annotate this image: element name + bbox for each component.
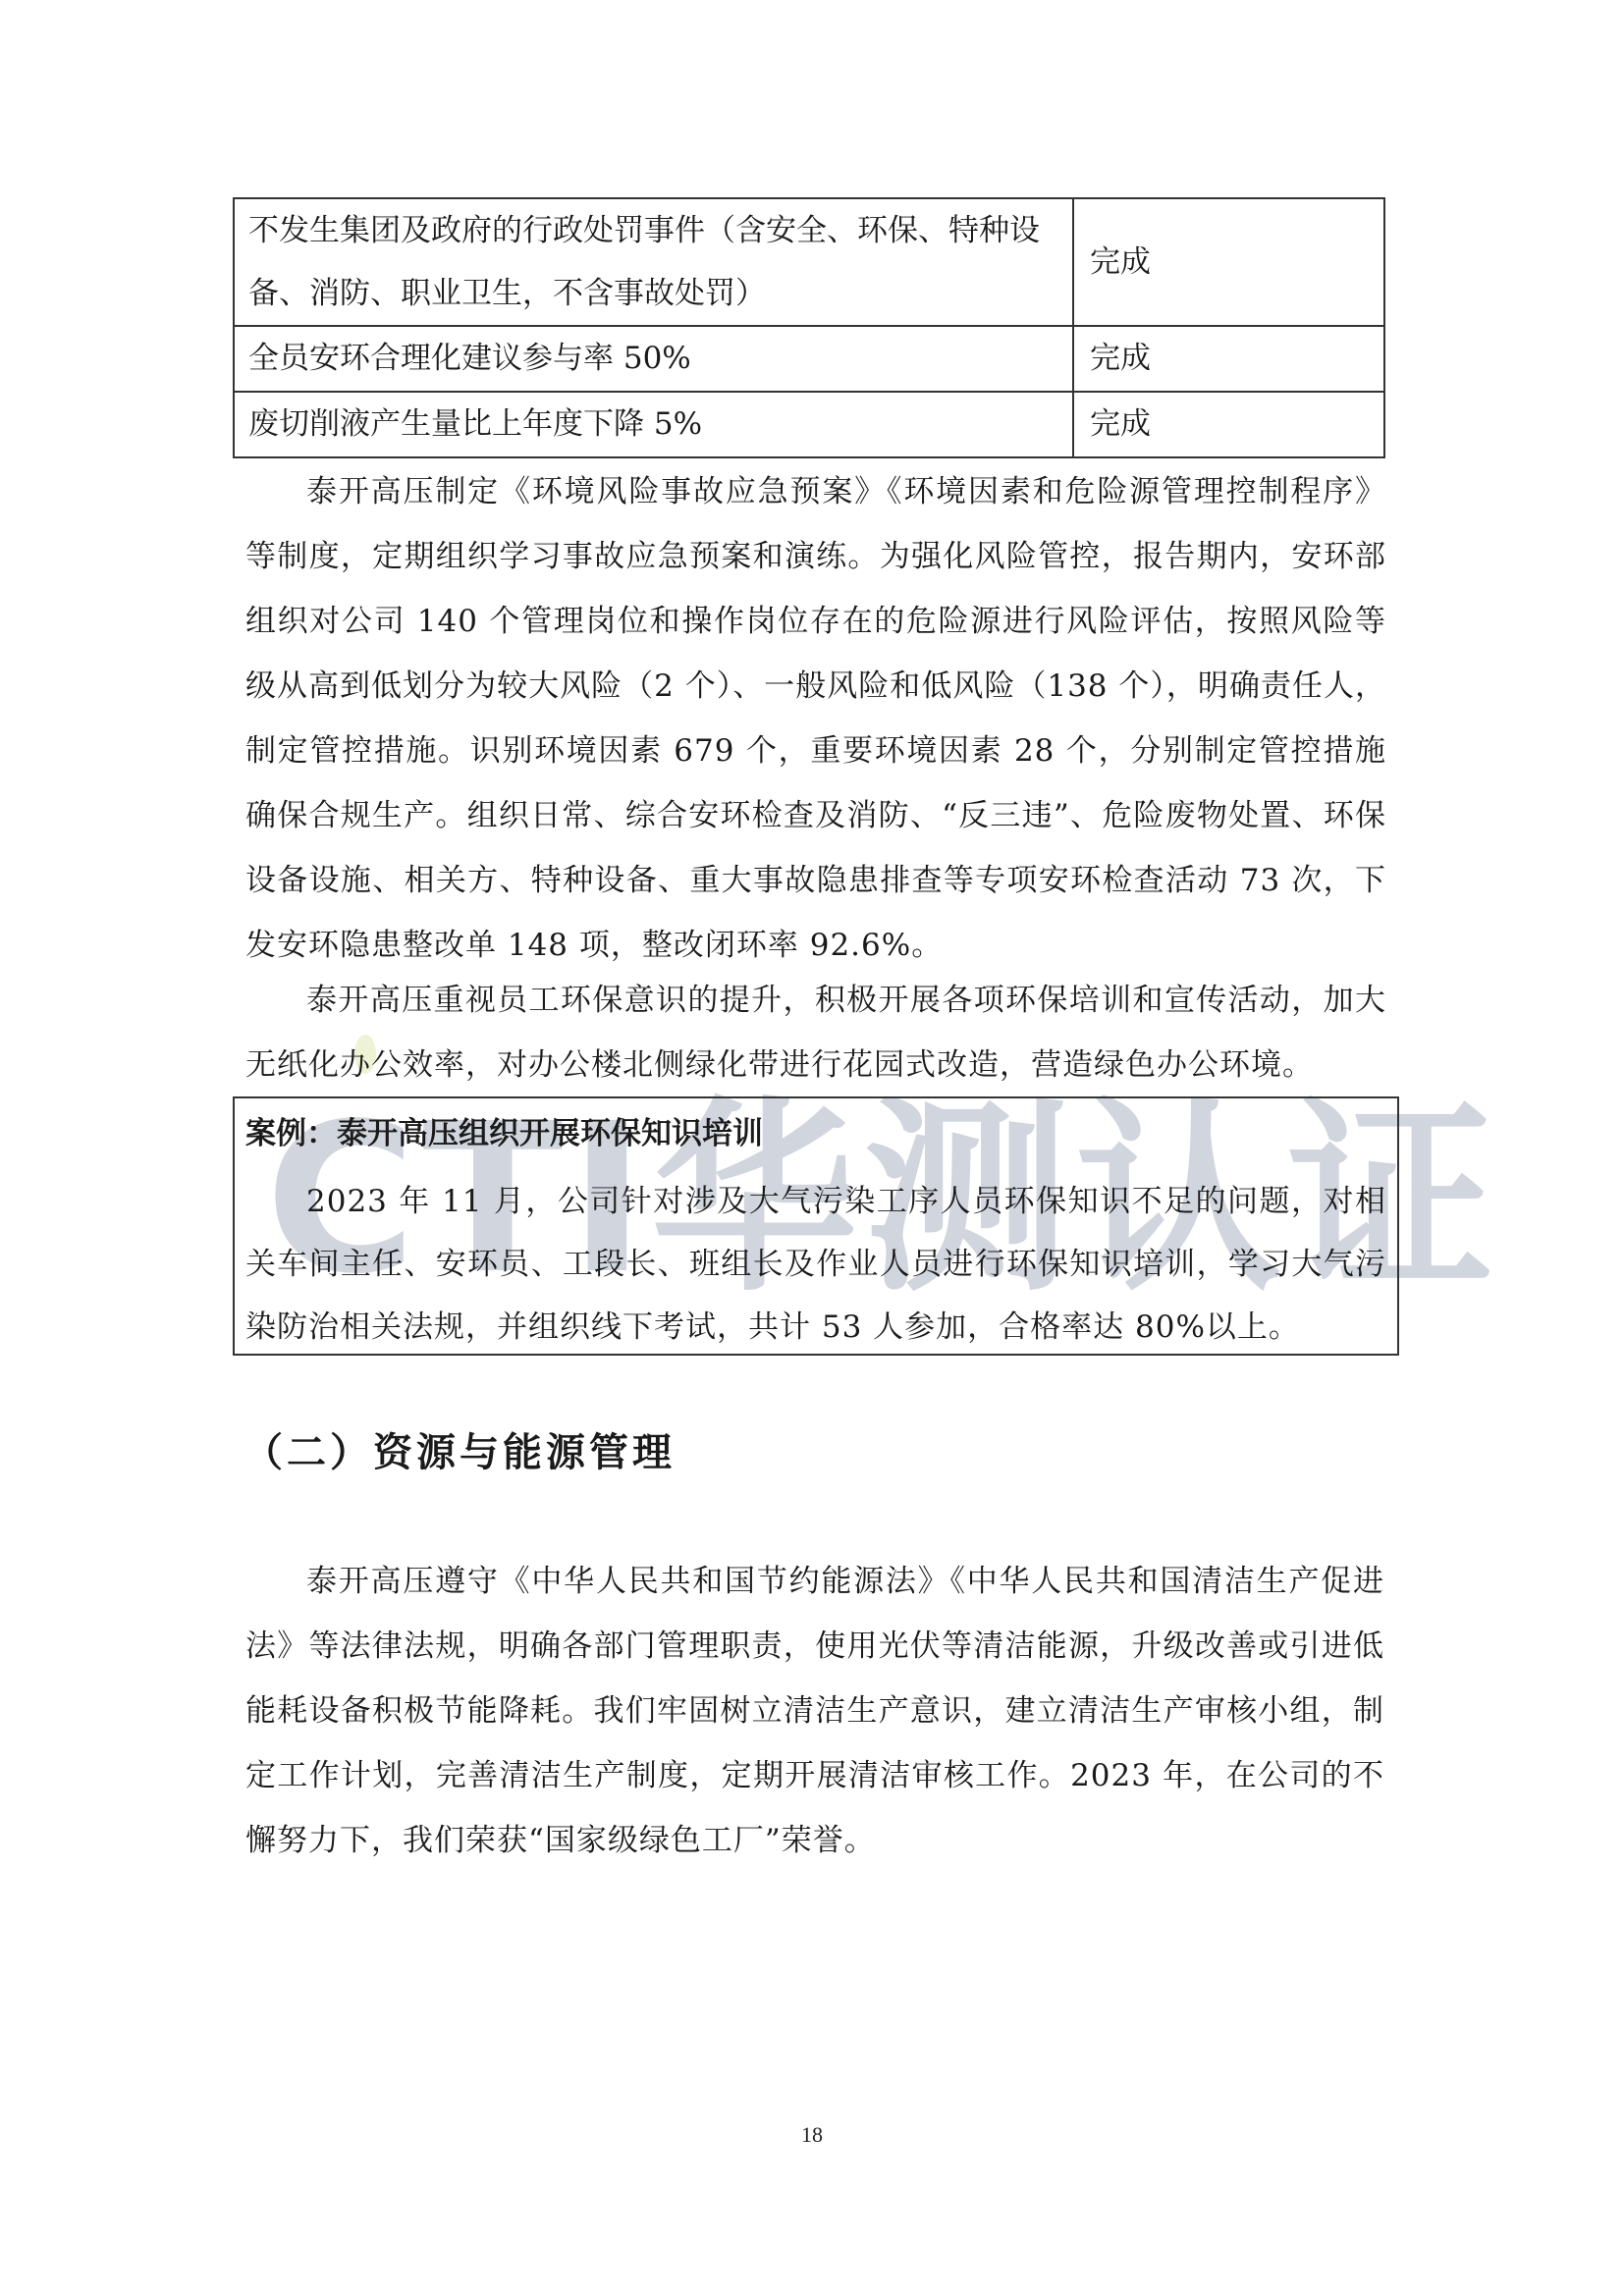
case-title: 案例：泰开高压组织开展环保知识培训 <box>245 1109 763 1158</box>
document-page: 不发生集团及政府的行政处罚事件（含安全、环保、特种设备、消防、职业卫生，不含事故… <box>0 0 1624 2296</box>
case-body: 2023 年 11 月，公司针对涉及大气污染工序人员环保知识不足的问题，对相关车… <box>245 1170 1386 1359</box>
table-cell-status: 完成 <box>1073 392 1384 457</box>
table-cell-goal: 废切削液产生量比上年度下降 5% <box>234 392 1073 457</box>
awareness-paragraph: 泰开高压重视员工环保意识的提升，积极开展各项环保培训和宣传活动，加大无纸化办公效… <box>245 968 1386 1097</box>
goals-table: 不发生集团及政府的行政处罚事件（含安全、环保、特种设备、消防、职业卫生，不含事故… <box>233 197 1385 458</box>
risk-management-paragraph: 泰开高压制定《环境风险事故应急预案》《环境因素和危险源管理控制程序》等制度，定期… <box>245 459 1386 978</box>
table-cell-status: 完成 <box>1073 198 1384 326</box>
section-heading: （二）资源与能源管理 <box>244 1423 676 1482</box>
table-row: 不发生集团及政府的行政处罚事件（含安全、环保、特种设备、消防、职业卫生，不含事故… <box>234 198 1384 326</box>
table-cell-status: 完成 <box>1073 326 1384 392</box>
table-row: 全员安环合理化建议参与率 50% 完成 <box>234 326 1384 392</box>
table-row: 废切削液产生量比上年度下降 5% 完成 <box>234 392 1384 457</box>
table-cell-goal: 全员安环合理化建议参与率 50% <box>234 326 1073 392</box>
page-number: 18 <box>0 2122 1624 2148</box>
resource-energy-paragraph: 泰开高压遵守《中华人民共和国节约能源法》《中华人民共和国清洁生产促进法》等法律法… <box>245 1549 1384 1873</box>
table-cell-goal: 不发生集团及政府的行政处罚事件（含安全、环保、特种设备、消防、职业卫生，不含事故… <box>234 198 1073 326</box>
